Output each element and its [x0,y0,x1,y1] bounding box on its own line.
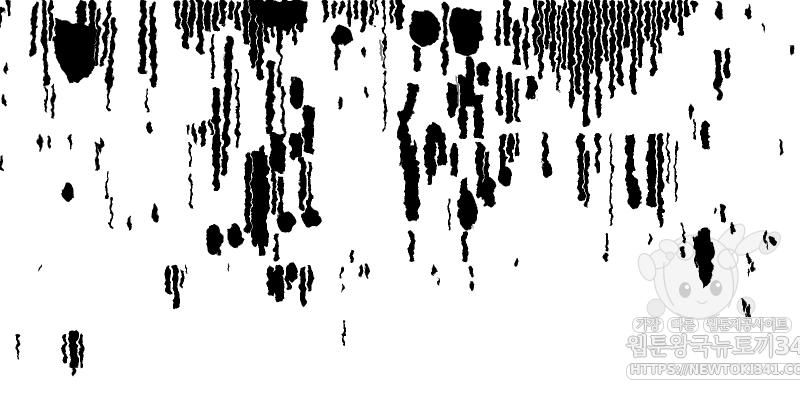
watermark-tagline-word: 가장 [632,317,663,333]
watermark-tagline-word: 웹툰제공사이트 [703,317,792,333]
webtoon-panel: 가장 빠른 웹툰제공사이트 웹툰왕국뉴토끼341 HTTPS://NEWTOKI… [0,0,800,399]
watermark-site-name: 웹툰왕국뉴토끼341 [626,334,798,360]
mascot-eye [679,282,691,298]
watermark-tagline: 가장 빠른 웹툰제공사이트 [626,317,798,333]
watermark-url-text: HTTPS://NEWTOKI341.COM [626,363,800,380]
watermark-url: HTTPS://NEWTOKI341.COM [626,363,798,380]
site-watermark: 가장 빠른 웹툰제공사이트 웹툰왕국뉴토끼341 HTTPS://NEWTOKI… [626,317,798,380]
mascot-eye [710,280,722,296]
watermark-tagline-word: 빠른 [667,317,698,333]
